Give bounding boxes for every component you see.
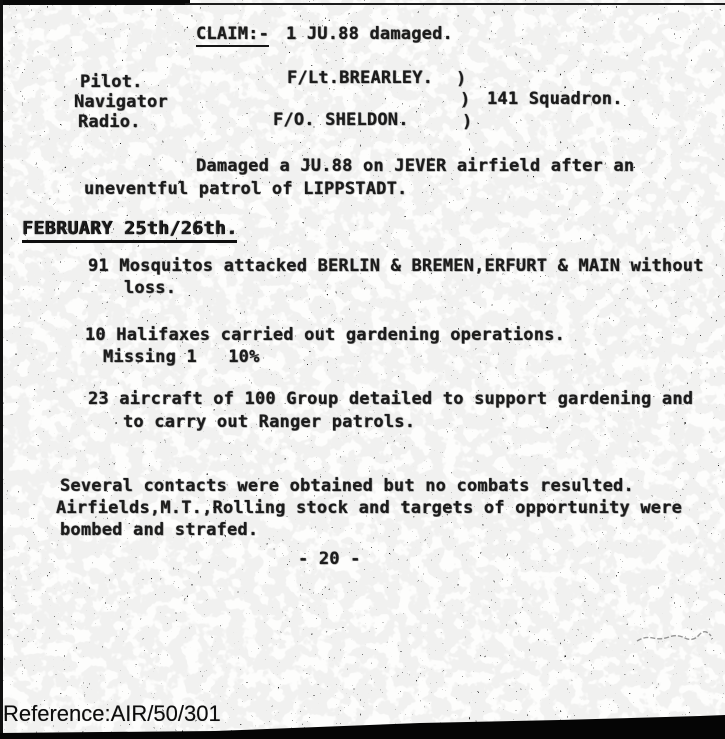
entry-mosquitos-line-1: 91 Mosquitos attacked BERLIN & BREMEN,ER… xyxy=(88,256,704,276)
page-number: - 20 - xyxy=(298,549,361,569)
crew-radio-name: F/O. SHELDON. xyxy=(273,110,409,130)
entry-100group-line-1: 23 aircraft of 100 Group detailed to sup… xyxy=(88,389,693,409)
crew-role-radio: Radio. xyxy=(78,112,141,132)
entry-contacts-line-2: Airfields,M.T.,Rolling stock and targets… xyxy=(56,498,682,518)
brace-middle: ) xyxy=(460,90,470,110)
brace-bottom: ) xyxy=(462,112,472,132)
entry-100group-line-2: to carry out Ranger patrols. xyxy=(123,412,415,432)
crew-role-navigator: Navigator xyxy=(74,92,168,112)
brace-top: ) xyxy=(456,69,466,89)
archive-reference-stamp: Reference:AIR/50/301 xyxy=(3,701,221,727)
typed-text-block: CLAIM:- 1 JU.88 damaged. Pilot. Navigato… xyxy=(0,0,725,739)
claim-label: CLAIM:- xyxy=(196,24,269,47)
entry-halifaxes-line-2: Missing 1 10% xyxy=(103,347,260,367)
claim-value: 1 JU.88 damaged. xyxy=(286,24,453,44)
entry-mosquitos-line-2: loss. xyxy=(124,278,176,298)
summary-line-1: Damaged a JU.88 on JEVER airfield after … xyxy=(196,156,634,176)
entry-contacts-line-3: bombed and strafed. xyxy=(60,520,258,540)
entry-contacts-line-1: Several contacts were obtained but no co… xyxy=(60,476,634,496)
entry-halifaxes-line-1: 10 Halifaxes carried out gardening opera… xyxy=(85,325,565,345)
summary-line-2: uneventful patrol of LIPPSTADT. xyxy=(84,179,407,199)
date-heading: FEBRUARY 25th/26th. xyxy=(22,218,237,243)
crew-squadron: 141 Squadron. xyxy=(487,89,623,109)
scanned-document-page: CLAIM:- 1 JU.88 damaged. Pilot. Navigato… xyxy=(0,0,725,739)
crew-pilot-name: F/Lt.BREARLEY. xyxy=(287,68,433,88)
crew-role-pilot: Pilot. xyxy=(80,72,143,92)
